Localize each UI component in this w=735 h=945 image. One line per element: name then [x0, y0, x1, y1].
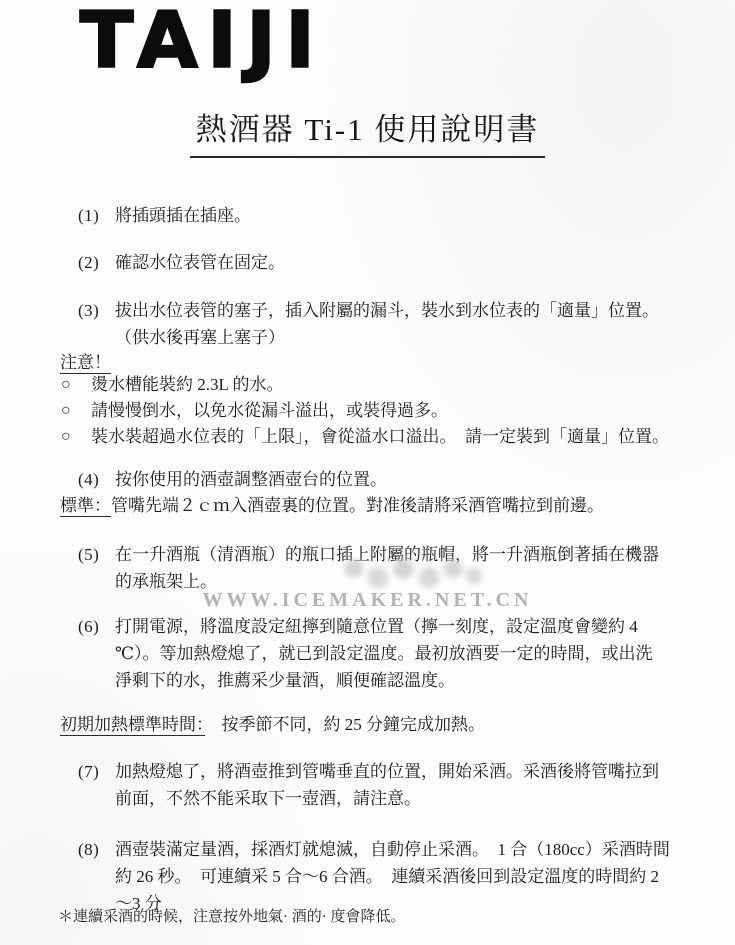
instruction-item-1: (1) 將插頭插在插座。: [78, 202, 251, 229]
item-text: 打開電源，將溫度設定紐擰到隨意位置（擰一刻度，設定溫度會變約 4 ℃）。等加熱燈…: [115, 613, 665, 694]
footnote: ＊連續采酒的時候，注意按外地氣· 酒的· 度會降低。: [58, 906, 406, 928]
title-row: 熱酒器 Ti-1 使用說明書: [0, 104, 735, 158]
page-title: 熱酒器 Ti-1 使用說明書: [190, 104, 546, 158]
item-number: (5): [78, 541, 115, 595]
instruction-item-7: (7) 加熱燈熄了，將酒壺推到管嘴垂直的位置，開始采酒。采酒後將管嘴拉到前面，不…: [78, 758, 665, 812]
instruction-item-3: (3) 拔出水位表管的塞子，插入附屬的漏斗，裝水到水位表的「適量」位置。（供水後…: [78, 297, 662, 351]
item-number: (6): [78, 613, 115, 694]
item-number: (2): [78, 249, 115, 276]
item-text: 加熱燈熄了，將酒壺推到管嘴垂直的位置，開始采酒。采酒後將管嘴拉到前面，不然不能采…: [115, 758, 665, 812]
instruction-item-8: (8) 酒壺裝滿定量酒，採酒灯就熄滅，自動停止采酒。 1 合（180cc）采酒時…: [78, 836, 671, 917]
item-text: 按你使用的酒壺調整酒壺台的位置。: [115, 466, 387, 493]
watermark-logo-ghost: [336, 556, 486, 592]
item-number: (3): [78, 297, 115, 351]
item-number: (8): [78, 836, 115, 917]
notice-bullet-3: ○ 裝水裝超過水位表的「上限」，會從溢水口溢出。 請一定裝到「適量」位置。: [61, 424, 669, 450]
bullet-text: 請慢慢倒水，以免水從漏斗溢出，或裝得過多。: [91, 398, 448, 424]
notice-bullet-1: ○ 燙水槽能裝約 2.3L 的水。: [61, 372, 284, 398]
instruction-item-6: (6) 打開電源，將溫度設定紐擰到隨意位置（擰一刻度，設定溫度會變約 4 ℃）。…: [78, 613, 665, 694]
notice-bullet-2: ○ 請慢慢倒水，以免水從漏斗溢出，或裝得過多。: [61, 398, 448, 424]
circle-bullet-icon: ○: [61, 398, 91, 424]
initial-heat-label: 初期加熱標準時間：: [60, 715, 205, 736]
standard-label: 標準：: [60, 496, 111, 517]
bullet-text: 燙水槽能裝約 2.3L 的水。: [91, 372, 284, 398]
instruction-item-4: (4) 按你使用的酒壺調整酒壺台的位置。: [78, 466, 387, 493]
taiji-logo: TAIJI: [80, 3, 325, 79]
watermark-text: WWW.ICEMAKER.NET.CN: [0, 589, 735, 612]
item-text: 確認水位表管在固定。: [115, 249, 285, 276]
item-text: 拔出水位表管的塞子，插入附屬的漏斗，裝水到水位表的「適量」位置。（供水後再塞上塞…: [115, 297, 661, 351]
bullet-text: 裝水裝超過水位表的「上限」，會從溢水口溢出。 請一定裝到「適量」位置。: [91, 424, 669, 450]
standard-line: 標準：管嘴先端２ｃｍ入酒壺裏的位置。對准後請將采酒管嘴拉到前邊。: [60, 492, 604, 519]
notice-title: 注意！: [60, 353, 111, 374]
item-number: (4): [78, 466, 115, 493]
initial-heat-text: 按季節不同，約 25 分鐘完成加熱。: [205, 715, 486, 734]
item-text: 酒壺裝滿定量酒，採酒灯就熄滅，自動停止采酒。 1 合（180cc）采酒時間約 2…: [115, 836, 671, 917]
scanned-manual-page: TAIJI 熱酒器 Ti-1 使用說明書 (1) 將插頭插在插座。 (2) 確認…: [0, 0, 735, 945]
circle-bullet-icon: ○: [61, 424, 91, 450]
circle-bullet-icon: ○: [61, 372, 91, 398]
item-number: (1): [78, 202, 115, 229]
instruction-item-2: (2) 確認水位表管在固定。: [78, 249, 285, 276]
standard-text: 管嘴先端２ｃｍ入酒壺裏的位置。對准後請將采酒管嘴拉到前邊。: [111, 496, 604, 515]
item-text: 將插頭插在插座。: [115, 202, 251, 229]
item-number: (7): [78, 758, 115, 812]
initial-heat-line: 初期加熱標準時間： 按季節不同，約 25 分鐘完成加熱。: [60, 711, 485, 738]
